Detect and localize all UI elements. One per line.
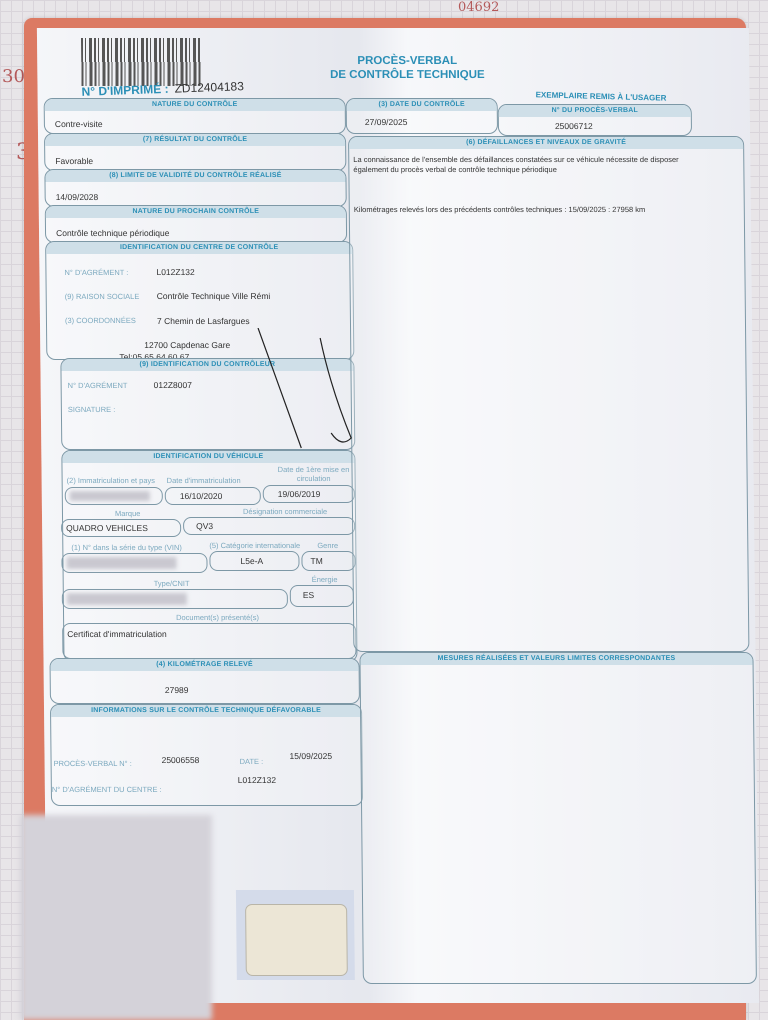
copy-note: EXEMPLAIRE REMIS À L'USAGER: [536, 90, 667, 102]
premiere-circulation-field: 19/06/2019: [263, 485, 355, 503]
nature-controle-box: NATURE DU CONTRÔLE Contre-visite: [44, 98, 346, 134]
categorie-field: L5e-A: [209, 551, 299, 571]
date-controle-value: 27/09/2025: [365, 117, 408, 127]
kilometrage-box: (4) KILOMÉTRAGE RELEVÉ 27989: [49, 658, 359, 704]
energie-field: ES: [290, 585, 354, 607]
controleur-agrement-value: 012Z8007: [154, 380, 192, 390]
date-immat-field: 16/10/2020: [165, 487, 261, 505]
address-line1: 7 Chemin de Lasfargues: [157, 316, 250, 326]
vehicule-box: IDENTIFICATION DU VÉHICULE (2) Immatricu…: [61, 450, 357, 662]
immatriculation-field: [65, 487, 163, 505]
mesures-box: MESURES RÉALISÉES ET VALEURS LIMITES COR…: [359, 652, 756, 984]
pv-number-value: 25006712: [555, 121, 593, 131]
limite-value: 14/09/2028: [56, 192, 99, 202]
redacted-plate: [70, 491, 150, 501]
marque-field: QUADRO VEHICLES: [61, 519, 181, 537]
document-title: PROCÈS-VERBAL DE CONTRÔLE TECHNIQUE: [307, 54, 507, 82]
resultat-box: (7) RÉSULTAT DU CONTRÔLE Favorable: [44, 133, 346, 171]
pv-number-box: N° DU PROCÈS-VERBAL 25006712: [498, 104, 692, 136]
redacted-vin: [66, 557, 176, 569]
raison-sociale-value: Contrôle Technique Ville Rémi: [157, 291, 271, 301]
barcode: [81, 38, 202, 86]
documents-field: Certificat d'immatriculation: [62, 623, 356, 659]
handwritten-note: 04692: [458, 0, 499, 15]
genre-field: TM: [301, 551, 355, 571]
redacted-cnit: [67, 593, 187, 605]
defavorable-box: INFORMATIONS SUR LE CONTRÔLE TECHNIQUE D…: [50, 704, 363, 806]
redacted-stamp: [20, 815, 212, 1020]
prochain-value: Contrôle technique périodique: [56, 228, 170, 238]
nature-value: Contre-visite: [55, 119, 103, 129]
hologram-label: [245, 904, 348, 976]
kilometrages-precedents: Kilométrages relevés lors des précédents…: [354, 205, 694, 215]
address-line2: 12700 Capdenac Gare: [144, 340, 230, 350]
defavorable-agrement-value: L012Z132: [238, 775, 276, 785]
signature: [240, 328, 362, 478]
designation-field: QV3: [183, 517, 355, 535]
prochain-controle-box: NATURE DU PROCHAIN CONTRÔLE Contrôle tec…: [45, 205, 347, 243]
limite-validite-box: (8) LIMITE DE VALIDITÉ DU CONTRÔLE RÉALI…: [44, 169, 346, 207]
vin-field: [61, 553, 207, 573]
defavorable-date-value: 15/09/2025: [289, 751, 332, 761]
centre-agrement-value: L012Z132: [156, 267, 194, 277]
defaillances-box: (6) DÉFAILLANCES ET NIVEAUX DE GRAVITÉ L…: [348, 136, 749, 652]
resultat-value: Favorable: [55, 156, 93, 166]
type-cnit-field: [62, 589, 288, 609]
date-controle-box: (3) DATE DU CONTRÔLE 27/09/2025: [346, 98, 498, 134]
defavorable-pv-value: 25006558: [162, 755, 200, 765]
kilometrage-value: 27989: [165, 685, 189, 695]
defaillances-text: La connaissance de l'ensemble des défail…: [353, 155, 683, 175]
